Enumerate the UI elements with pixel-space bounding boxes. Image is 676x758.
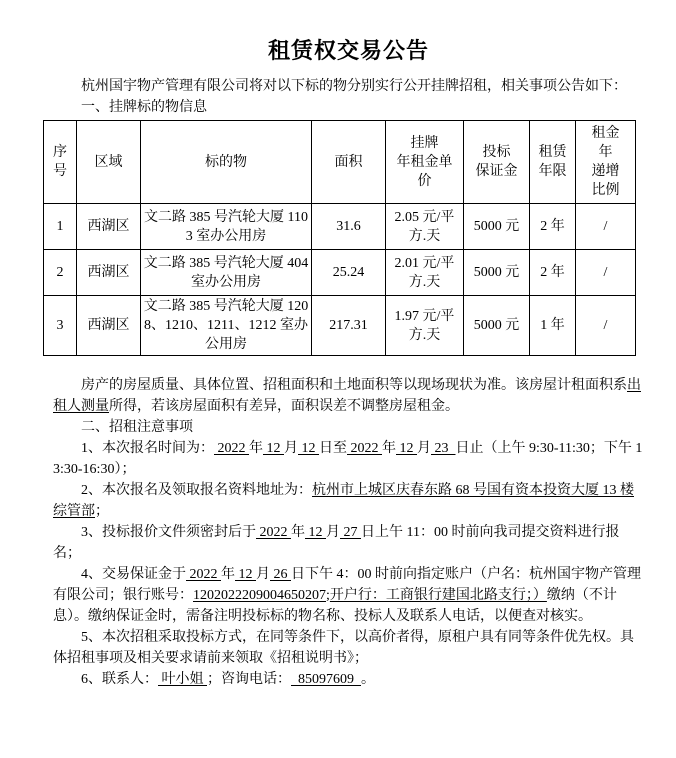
text-run: 月 — [256, 567, 270, 582]
cell-rent-price: 2.05 元/平方.天 — [386, 204, 464, 250]
cell-subject: 文二路 385 号汽轮大厦 1103 室办公用房 — [141, 204, 312, 250]
cell-lease-term: 2 年 — [530, 204, 576, 250]
bank-account-number: 1202022209004650207 — [193, 588, 326, 603]
cell-subject: 文二路 385 号汽轮大厦 404 室办公用房 — [141, 250, 312, 296]
submit-year: 2022 — [256, 525, 291, 540]
text-run: 月 — [326, 525, 340, 540]
text-run: ； — [95, 504, 109, 519]
contact-person: 叶小姐 — [158, 672, 207, 687]
page-title: 租赁权交易公告 — [53, 34, 644, 65]
intro-paragraph: 杭州国宇物产管理有限公司将对以下标的物分别实行公开挂牌招租，相关事项公告如下： — [53, 76, 644, 97]
col-header-seq: 序 号 — [44, 121, 77, 204]
cell-area: 25.24 — [312, 250, 386, 296]
reg-end-month: 12 — [396, 441, 417, 456]
cell-bid-deposit: 5000 元 — [464, 204, 530, 250]
reg-end-year: 2022 — [347, 441, 382, 456]
listing-table: 序 号 区域 标的物 面积 挂牌 年租金单 价 投标 保证金 租赁 年限 租金 … — [43, 120, 636, 356]
intro-text: 杭州国宇物产管理有限公司将对以下标的物分别实行公开挂牌招租，相关事项公告如下： — [81, 79, 627, 94]
bank-branch-underline: 开户行：工商银行建国北路支行；） — [330, 588, 547, 603]
text-run: ；咨询电话： — [207, 672, 291, 687]
table-row: 2 西湖区 文二路 385 号汽轮大厦 404 室办公用房 25.24 2.01… — [44, 250, 636, 296]
col-header-rent-increase: 租金 年 递增 比例 — [576, 121, 636, 204]
notice-item-3: 3、投标报价文件须密封后于 2022 年 12 月 27 日上午 11：00 时… — [53, 522, 644, 564]
deposit-day: 26 — [270, 567, 291, 582]
section1-heading-text: 一、挂牌标的物信息 — [81, 100, 207, 115]
area-note-paragraph: 房产的房屋质量、具体位置、招租面积和土地面积等以现场现状为准。该房屋计租面积系出… — [53, 375, 644, 417]
cell-seq: 2 — [44, 250, 77, 296]
text-run: 日至 — [319, 441, 347, 456]
contact-phone: 85097609 — [291, 672, 361, 687]
cell-subject: 文二路 385 号汽轮大厦 1208、1210、1211、1212 室办公用房 — [141, 296, 312, 356]
notice-item-4: 4、交易保证金于 2022 年 12 月 26 日下午 4：00 时前向指定账户… — [53, 564, 644, 627]
notice-item-2: 2、本次报名及领取报名资料地址为：杭州市上城区庆春东路 68 号国有资本投资大厦… — [53, 480, 644, 522]
text-run: 月 — [284, 441, 298, 456]
col-header-lease-term: 租赁 年限 — [530, 121, 576, 204]
reg-start-month: 12 — [263, 441, 284, 456]
deposit-month: 12 — [235, 567, 256, 582]
submit-day: 27 — [340, 525, 361, 540]
cell-rent-price: 1.97 元/平方.天 — [386, 296, 464, 356]
cell-seq: 3 — [44, 296, 77, 356]
text-run: 年 — [382, 441, 396, 456]
text-run: 4、交易保证金于 — [81, 567, 186, 582]
deposit-year: 2022 — [186, 567, 221, 582]
notice-item-6: 6、联系人： 叶小姐 ；咨询电话： 85097609 。 — [53, 669, 644, 690]
announcement-page: 租赁权交易公告 杭州国宇物产管理有限公司将对以下标的物分别实行公开挂牌招租，相关… — [0, 0, 676, 690]
cell-bid-deposit: 5000 元 — [464, 296, 530, 356]
cell-rent-price: 2.01 元/平方.天 — [386, 250, 464, 296]
cell-region: 西湖区 — [77, 250, 141, 296]
text-run: 月 — [417, 441, 431, 456]
col-header-area: 面积 — [312, 121, 386, 204]
table-row: 3 西湖区 文二路 385 号汽轮大厦 1208、1210、1211、1212 … — [44, 296, 636, 356]
cell-rent-increase: / — [576, 296, 636, 356]
reg-end-day: 23 — [431, 441, 456, 456]
notice-item-5: 5、本次招租采取投标方式，在同等条件下，以高价者得，原租户具有同等条件优先权。具… — [53, 627, 644, 669]
submit-month: 12 — [305, 525, 326, 540]
text-run: 5、本次招租采取投标方式，在同等条件下，以高价者得，原租户具有同等条件优先权。具… — [53, 630, 634, 666]
reg-start-year: 2022 — [214, 441, 249, 456]
col-header-region: 区域 — [77, 121, 141, 204]
cell-area: 217.31 — [312, 296, 386, 356]
table-header-row: 序 号 区域 标的物 面积 挂牌 年租金单 价 投标 保证金 租赁 年限 租金 … — [44, 121, 636, 204]
cell-area: 31.6 — [312, 204, 386, 250]
text-run: 3、投标报价文件须密封后于 — [81, 525, 256, 540]
text-run: 6、联系人： — [81, 672, 158, 687]
text-run: 2、本次报名及领取报名资料地址为： — [81, 483, 312, 498]
text-run: 年 — [249, 441, 263, 456]
text-run: 。 — [361, 672, 375, 687]
text-run: 所得，若该房屋面积有差异，面积误差不调整房屋租金。 — [109, 399, 459, 414]
cell-region: 西湖区 — [77, 296, 141, 356]
col-header-subject: 标的物 — [141, 121, 312, 204]
table-row: 1 西湖区 文二路 385 号汽轮大厦 1103 室办公用房 31.6 2.05… — [44, 204, 636, 250]
text-run: 1、本次报名时间为： — [81, 441, 214, 456]
notice-item-1: 1、本次报名时间为： 2022 年 12 月 12 日至 2022 年 12 月… — [53, 438, 644, 480]
col-header-rent-price: 挂牌 年租金单 价 — [386, 121, 464, 204]
text-run: 年 — [291, 525, 305, 540]
cell-lease-term: 1 年 — [530, 296, 576, 356]
text-run: 年 — [221, 567, 235, 582]
cell-lease-term: 2 年 — [530, 250, 576, 296]
section1-heading: 一、挂牌标的物信息 — [53, 97, 644, 118]
cell-bid-deposit: 5000 元 — [464, 250, 530, 296]
cell-rent-increase: / — [576, 204, 636, 250]
section2-heading: 二、招租注意事项 — [53, 417, 644, 438]
cell-rent-increase: / — [576, 250, 636, 296]
cell-seq: 1 — [44, 204, 77, 250]
reg-start-day: 12 — [298, 441, 319, 456]
col-header-bid-deposit: 投标 保证金 — [464, 121, 530, 204]
section2-heading-text: 二、招租注意事项 — [81, 420, 193, 435]
cell-region: 西湖区 — [77, 204, 141, 250]
text-run: 房产的房屋质量、具体位置、招租面积和土地面积等以现场现状为准。该房屋计租面积系 — [81, 378, 627, 393]
